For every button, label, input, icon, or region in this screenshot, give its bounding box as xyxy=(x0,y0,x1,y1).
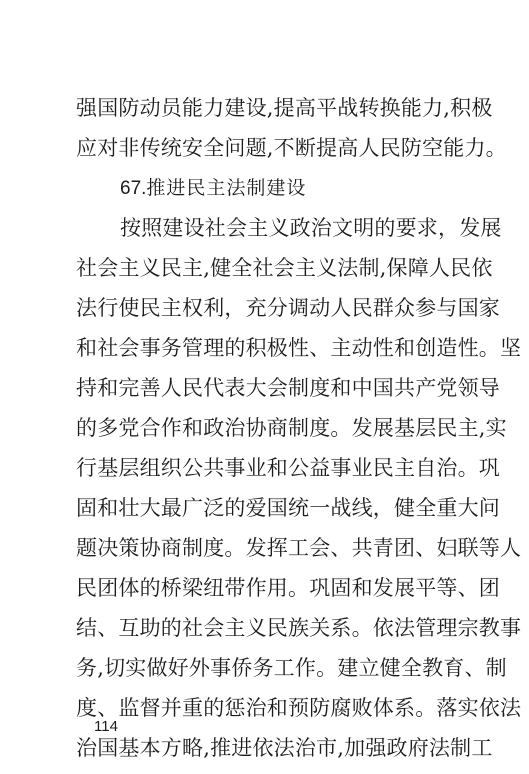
text-line: 结、互助的社会主义民族关系。依法管理宗教事 xyxy=(76,608,456,648)
text-line: 持和完善人民代表大会制度和中国共产党领导 xyxy=(76,368,456,408)
text-line: 和社会事务管理的积极性、主动性和创造性。坚 xyxy=(76,328,456,368)
text-line: 务,切实做好外事侨务工作。建立健全教育、制 xyxy=(76,648,456,688)
text-line: 的多党合作和政治协商制度。发展基层民主,实 xyxy=(76,408,456,448)
text-line: 治国基本方略,推进依法治市,加强政府法制工 xyxy=(76,728,456,768)
page-number: 114 xyxy=(94,718,118,735)
text-line: 按照建设社会主义政治文明的要求，发展 xyxy=(76,208,456,248)
text-line: 固和壮大最广泛的爱国统一战线，健全重大问 xyxy=(76,488,456,528)
section-heading: 67.推进民主法制建设 xyxy=(76,168,456,208)
text-line: 应对非传统安全问题,不断提高人民防空能力。 xyxy=(76,128,456,168)
text-line: 行基层组织公共事业和公益事业民主自治。巩 xyxy=(76,448,456,488)
text-line: 强国防动员能力建设,提高平战转换能力,积极 xyxy=(76,88,456,128)
text-line: 法行使民主权利，充分调动人民群众参与国家 xyxy=(76,288,456,328)
text-line: 社会主义民主,健全社会主义法制,保障人民依 xyxy=(76,248,456,288)
document-page: 强国防动员能力建设,提高平战转换能力,积极 应对非传统安全问题,不断提高人民防空… xyxy=(0,0,529,774)
body-text: 强国防动员能力建设,提高平战转换能力,积极 应对非传统安全问题,不断提高人民防空… xyxy=(76,88,456,768)
section-title: 推进民主法制建设 xyxy=(146,177,306,199)
text-line: 度、监督并重的惩治和预防腐败体系。落实依法 xyxy=(76,688,456,728)
text-line: 民团体的桥梁纽带作用。巩固和发展平等、团 xyxy=(76,568,456,608)
section-number: 67. xyxy=(120,178,146,199)
text-line: 题决策协商制度。发挥工会、共青团、妇联等人 xyxy=(76,528,456,568)
